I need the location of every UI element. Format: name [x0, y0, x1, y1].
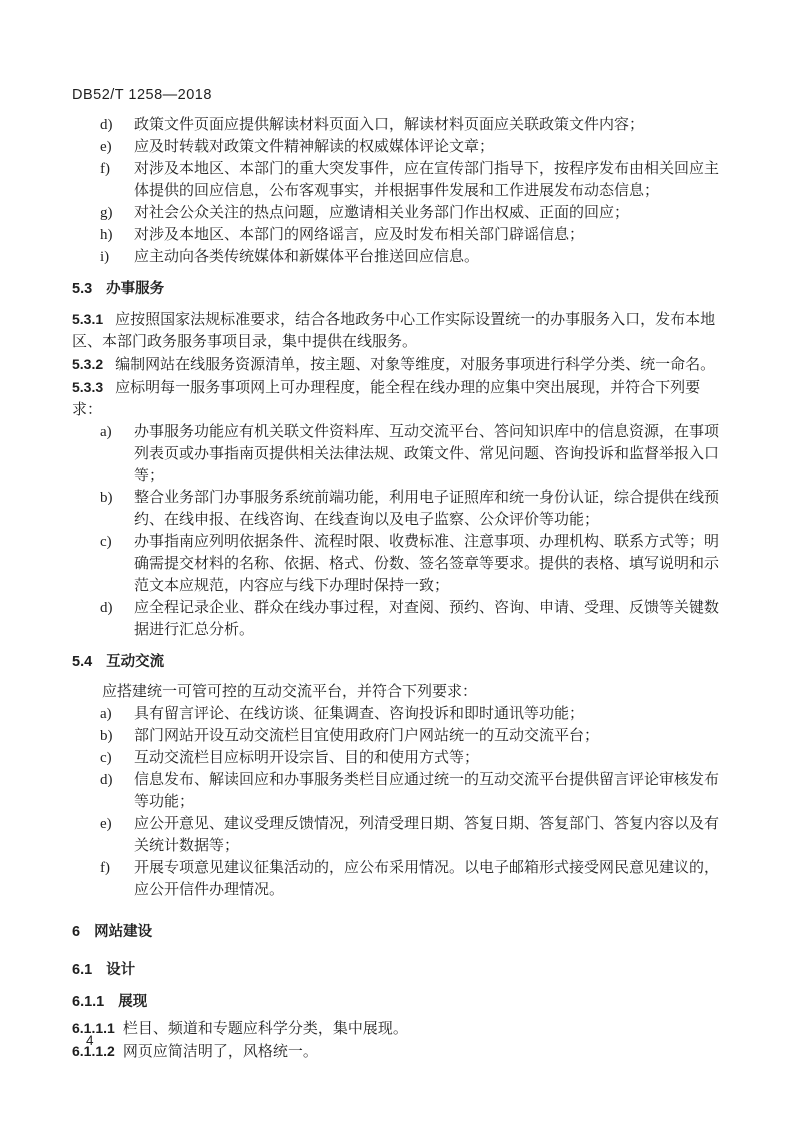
section-number: 5.4	[72, 654, 92, 670]
list-item: d) 信息发布、解读回应和办事服务类栏目应通过统一的互动交流平台提供留言评论审核…	[72, 769, 727, 813]
list-item-text: 对涉及本地区、本部门的网络谣言，应及时发布相关部门辟谣信息；	[134, 224, 727, 246]
section-title: 办事服务	[106, 281, 164, 297]
list-item-label: a)	[100, 421, 134, 487]
section-number: 6.1.1	[72, 994, 104, 1010]
list-item-label: a)	[100, 703, 134, 725]
list-item-label: f)	[100, 158, 134, 202]
section-title: 互动交流	[106, 654, 164, 670]
list-item-text: 信息发布、解读回应和办事服务类栏目应通过统一的互动交流平台提供留言评论审核发布等…	[134, 769, 727, 813]
list-item: f) 开展专项意见建议征集活动的，应公布采用情况。以电子邮箱形式接受网民意见建议…	[72, 857, 727, 901]
list-item: e) 应及时转载对政策文件精神解读的权威媒体评论文章；	[72, 136, 727, 158]
list-item-text: 办事指南应列明依据条件、流程时限、收费标准、注意事项、办理机构、联系方式等；明确…	[134, 531, 727, 597]
list-item-label: f)	[100, 857, 134, 901]
list-item: f) 对涉及本地区、本部门的重大突发事件，应在宣传部门指导下，按程序发布由相关回…	[72, 158, 727, 202]
list-item: g) 对社会公众关注的热点问题，应邀请相关业务部门作出权威、正面的回应；	[72, 202, 727, 224]
list-interaction-requirements: a) 具有留言评论、在线访谈、征集调查、咨询投诉和即时通讯等功能； b) 部门网…	[72, 703, 727, 901]
section-heading-5-3: 5.3办事服务	[72, 278, 727, 300]
clause-5-3-3: 5.3.3应标明每一服务事项网上可办理程度，能全程在线办理的应集中突出展现，并符…	[72, 376, 727, 421]
list-item-text: 互动交流栏目应标明开设宗旨、目的和使用方式等；	[134, 747, 727, 769]
section-heading-6-1: 6.1设计	[72, 959, 727, 981]
list-item: c) 互动交流栏目应标明开设宗旨、目的和使用方式等；	[72, 747, 727, 769]
list-item-label: d)	[100, 597, 134, 641]
list-item-text: 对涉及本地区、本部门的重大突发事件，应在宣传部门指导下，按程序发布由相关回应主体…	[134, 158, 727, 202]
section-title: 展现	[118, 994, 147, 1010]
list-item-text: 应公开意见、建议受理反馈情况，列清受理日期、答复日期、答复部门、答复内容以及有关…	[134, 813, 727, 857]
paragraph-5-4-intro: 应搭建统一可管可控的互动交流平台，并符合下列要求：	[72, 681, 727, 703]
list-item: b) 整合业务部门办事服务系统前端功能，利用电子证照库和统一身份认证，综合提供在…	[72, 487, 727, 531]
list-item-label: c)	[100, 747, 134, 769]
list-item: b) 部门网站开设互动交流栏目宜使用政府门户网站统一的互动交流平台；	[72, 725, 727, 747]
page-number: 4	[86, 1030, 94, 1052]
list-item-text: 应全程记录企业、群众在线办事过程，对查阅、预约、咨询、申请、受理、反馈等关键数据…	[134, 597, 727, 641]
list-item: i) 应主动向各类传统媒体和新媒体平台推送回应信息。	[72, 246, 727, 268]
list-item-label: e)	[100, 813, 134, 857]
clause-6-1-1-2: 6.1.1.2网页应简洁明了，风格统一。	[72, 1040, 727, 1063]
list-item-label: e)	[100, 136, 134, 158]
list-item-label: b)	[100, 487, 134, 531]
list-item-text: 对社会公众关注的热点问题，应邀请相关业务部门作出权威、正面的回应；	[134, 202, 727, 224]
list-item-text: 具有留言评论、在线访谈、征集调查、咨询投诉和即时通讯等功能；	[134, 703, 727, 725]
clause-text: 编制网站在线服务资源清单，按主题、对象等维度，对服务事项进行科学分类、统一命名。	[115, 357, 715, 373]
clause-text: 应标明每一服务事项网上可办理程度，能全程在线办理的应集中突出展现，并符合下列要求…	[72, 380, 700, 418]
section-title: 网站建设	[94, 924, 152, 940]
list-item: e) 应公开意见、建议受理反馈情况，列清受理日期、答复日期、答复部门、答复内容以…	[72, 813, 727, 857]
clause-number: 5.3.2	[72, 356, 103, 372]
list-item-label: d)	[100, 114, 134, 136]
list-item-text: 应主动向各类传统媒体和新媒体平台推送回应信息。	[134, 246, 727, 268]
list-item: h) 对涉及本地区、本部门的网络谣言，应及时发布相关部门辟谣信息；	[72, 224, 727, 246]
list-item: d) 应全程记录企业、群众在线办事过程，对查阅、预约、咨询、申请、受理、反馈等关…	[72, 597, 727, 641]
clause-5-3-2: 5.3.2编制网站在线服务资源清单，按主题、对象等维度，对服务事项进行科学分类、…	[72, 353, 727, 376]
clause-6-1-1-1: 6.1.1.1栏目、频道和专题应科学分类，集中展现。	[72, 1017, 727, 1040]
document-code-header: DB52/T 1258—2018	[72, 84, 727, 106]
document-page: DB52/T 1258—2018 d) 政策文件页面应提供解读材料页面入口，解读…	[0, 0, 793, 1122]
list-item-label: b)	[100, 725, 134, 747]
list-item-label: g)	[100, 202, 134, 224]
list-item-label: i)	[100, 246, 134, 268]
clause-number: 5.3.3	[72, 379, 103, 395]
section-heading-6-1-1: 6.1.1展现	[72, 991, 727, 1013]
list-item: d) 政策文件页面应提供解读材料页面入口，解读材料页面应关联政策文件内容；	[72, 114, 727, 136]
list-item-text: 部门网站开设互动交流栏目宜使用政府门户网站统一的互动交流平台；	[134, 725, 727, 747]
section-number: 6.1	[72, 962, 92, 978]
list-item-label: d)	[100, 769, 134, 813]
list-item-text: 整合业务部门办事服务系统前端功能，利用电子证照库和统一身份认证，综合提供在线预约…	[134, 487, 727, 531]
list-item-text: 政策文件页面应提供解读材料页面入口，解读材料页面应关联政策文件内容；	[134, 114, 727, 136]
list-item-label: c)	[100, 531, 134, 597]
list-item: c) 办事指南应列明依据条件、流程时限、收费标准、注意事项、办理机构、联系方式等…	[72, 531, 727, 597]
list-item-text: 应及时转载对政策文件精神解读的权威媒体评论文章；	[134, 136, 727, 158]
clause-5-3-1: 5.3.1应按照国家法规标准要求，结合各地政务中心工作实际设置统一的办事服务入口…	[72, 308, 727, 353]
list-item: a) 办事服务功能应有机关联文件资料库、互动交流平台、答问知识库中的信息资源，在…	[72, 421, 727, 487]
list-item-text: 开展专项意见建议征集活动的，应公布采用情况。以电子邮箱形式接受网民意见建议的，应…	[134, 857, 727, 901]
section-number: 5.3	[72, 281, 92, 297]
list-response-requirements: d) 政策文件页面应提供解读材料页面入口，解读材料页面应关联政策文件内容； e)…	[72, 114, 727, 268]
list-service-requirements: a) 办事服务功能应有机关联文件资料库、互动交流平台、答问知识库中的信息资源，在…	[72, 421, 727, 641]
section-heading-6: 6网站建设	[72, 921, 727, 943]
clause-number: 5.3.1	[72, 311, 103, 327]
list-item: a) 具有留言评论、在线访谈、征集调查、咨询投诉和即时通讯等功能；	[72, 703, 727, 725]
clause-text: 栏目、频道和专题应科学分类，集中展现。	[123, 1021, 408, 1037]
section-number: 6	[72, 924, 80, 940]
list-item-text: 办事服务功能应有机关联文件资料库、互动交流平台、答问知识库中的信息资源，在事项列…	[134, 421, 727, 487]
clause-text: 网页应简洁明了，风格统一。	[123, 1044, 318, 1060]
section-heading-5-4: 5.4互动交流	[72, 651, 727, 673]
section-title: 设计	[106, 962, 135, 978]
list-item-label: h)	[100, 224, 134, 246]
clause-text: 应按照国家法规标准要求，结合各地政务中心工作实际设置统一的办事服务入口，发布本地…	[72, 312, 715, 350]
